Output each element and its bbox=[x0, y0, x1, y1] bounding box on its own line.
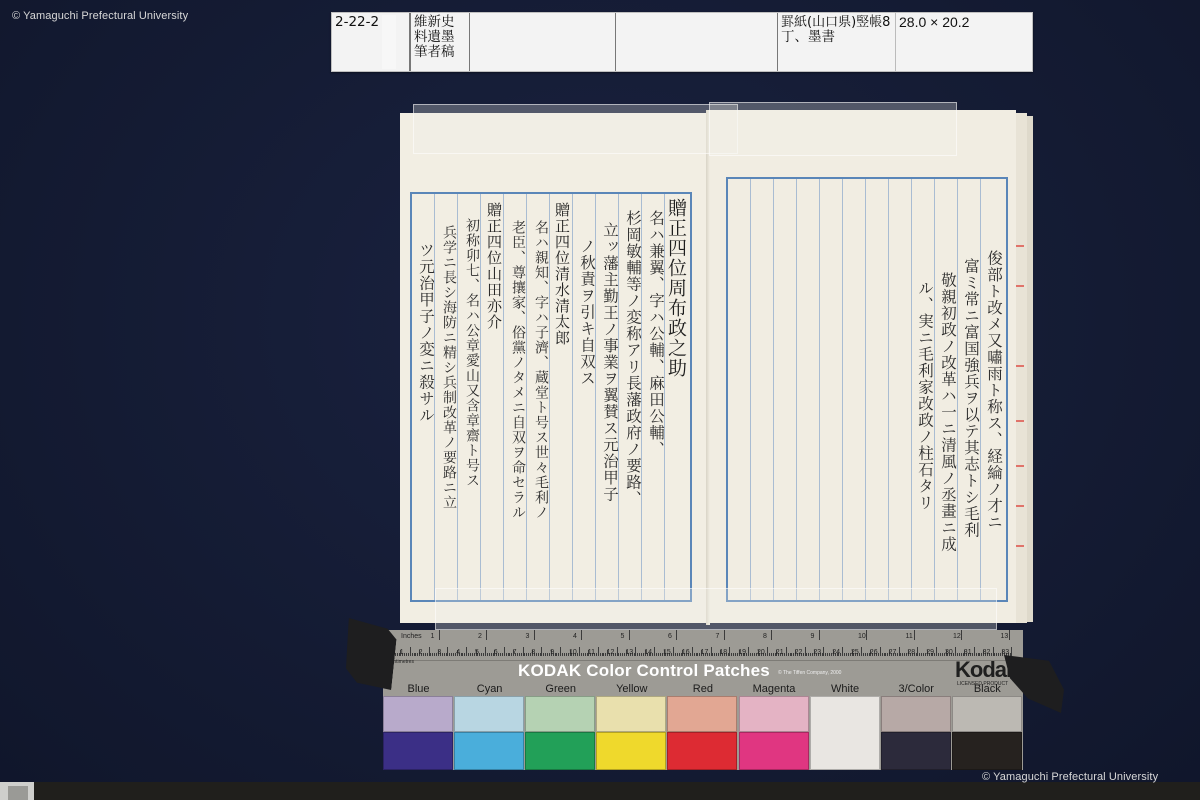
ruler-tick bbox=[848, 653, 849, 656]
ruler-tick bbox=[432, 653, 433, 656]
ruler-tick bbox=[603, 653, 604, 656]
catalog-label-strip: 2-22-2 維新史 料遺墨 筆者稿 罫紙(山口県)竪帳8 丁、墨書 28.0 … bbox=[331, 12, 1033, 72]
ruler-tick bbox=[880, 647, 881, 656]
ruler-tick bbox=[566, 653, 567, 656]
chart-copyright: © The Tiffen Company, 2000 bbox=[778, 670, 841, 676]
ruler-tick bbox=[784, 653, 785, 656]
ruler-tick bbox=[447, 647, 448, 656]
ruler-tick bbox=[434, 653, 435, 656]
ruler-tick bbox=[690, 653, 691, 656]
catalog-blank-field-1 bbox=[470, 13, 616, 71]
inch-tick bbox=[486, 630, 487, 640]
ruler-tick bbox=[545, 653, 546, 656]
catalog-title-line: 料遺墨 bbox=[414, 30, 466, 45]
cm-tick-label: 16 bbox=[682, 649, 690, 656]
ruler-tick bbox=[829, 653, 830, 656]
cm-tick-label: 17 bbox=[701, 649, 709, 656]
inches-label: Inches bbox=[401, 633, 422, 640]
ruler-tick bbox=[917, 647, 918, 656]
ruler-tick bbox=[639, 653, 640, 656]
color-patch-dark bbox=[454, 732, 524, 770]
catalog-description-line: 罫紙(山口県)竪帳8 bbox=[781, 15, 892, 30]
ruler-tick bbox=[899, 647, 900, 656]
inch-tick-label: 4 bbox=[573, 633, 577, 640]
ruler-tick bbox=[961, 653, 962, 656]
handwritten-column: 老臣、尊攘家、俗黨ノタメニ自双ヲ命セラル bbox=[507, 220, 529, 520]
cm-tick-label: 20 bbox=[757, 649, 765, 656]
ruler-tick bbox=[600, 653, 601, 656]
color-patch-dark bbox=[596, 732, 666, 770]
measurement-ruler: Inches Centimetres 123456789101112131415… bbox=[383, 630, 1023, 661]
handwritten-column: 兵学ニ長シ海防ニ精シ兵制改革ノ要路ニ立 bbox=[438, 225, 460, 510]
cm-tick-label: 25 bbox=[851, 649, 859, 656]
inch-tick bbox=[914, 630, 915, 640]
ruler-tick bbox=[865, 653, 866, 656]
inch-tick-label: 6 bbox=[668, 633, 672, 640]
ruler-tick bbox=[746, 653, 747, 656]
ruler-tick bbox=[884, 653, 885, 656]
ruler-tick bbox=[408, 653, 409, 656]
ruler-tick bbox=[451, 653, 452, 656]
ruler-tick bbox=[974, 647, 975, 656]
ruler-tick bbox=[840, 653, 841, 656]
ruler-tick bbox=[1011, 647, 1012, 656]
handwritten-column: 名ハ親知、字ハ子濟、蔵堂ト号ス世々毛利ノ bbox=[530, 220, 552, 520]
catalog-dimensions: 28.0 × 20.2 bbox=[896, 13, 1032, 71]
ruler-tick bbox=[538, 653, 539, 656]
color-patch-dark bbox=[952, 732, 1022, 770]
catalog-title-line: 筆者稿 bbox=[414, 45, 466, 60]
ruler-tick bbox=[660, 653, 661, 656]
ruler-tick bbox=[470, 653, 471, 656]
ruler-tick bbox=[598, 647, 599, 656]
ruler-tick bbox=[577, 653, 578, 656]
ruler-tick bbox=[491, 653, 492, 656]
cm-tick-label: 18 bbox=[719, 649, 727, 656]
handwritten-column: 杉岡敏輔等ノ変称アリ長藩政府ノ要路、 bbox=[622, 210, 644, 507]
inch-tick-label: 7 bbox=[716, 633, 720, 640]
ruler-tick bbox=[863, 653, 864, 656]
ruler-tick bbox=[803, 653, 804, 656]
cm-tick-label: 13 bbox=[625, 649, 633, 656]
ruler-tick bbox=[697, 653, 698, 656]
cm-tick-label: 9 bbox=[550, 649, 554, 656]
ruler-tick bbox=[993, 647, 994, 656]
patch-label: Cyan bbox=[454, 683, 525, 695]
patch-label: Green bbox=[525, 683, 596, 695]
catalog-title: 維新史 料遺墨 筆者稿 bbox=[410, 13, 470, 71]
ruler-tick bbox=[487, 653, 488, 656]
ruler-tick bbox=[564, 653, 565, 656]
inch-tick-label: 2 bbox=[478, 633, 482, 640]
patch-label: Yellow bbox=[596, 683, 667, 695]
copyright-watermark-top: © Yamaguchi Prefectural University bbox=[12, 10, 188, 22]
ruler-tick bbox=[562, 653, 563, 656]
ruler-tick bbox=[415, 653, 416, 656]
ruler-tick bbox=[615, 653, 616, 656]
color-patch-white bbox=[810, 696, 880, 770]
cm-tick-label: 26 bbox=[870, 649, 878, 656]
ruler-tick bbox=[806, 653, 807, 656]
ruler-tick bbox=[902, 653, 903, 656]
ruler-tick bbox=[696, 653, 697, 656]
color-patch-dark bbox=[739, 732, 809, 770]
inch-tick bbox=[771, 630, 772, 640]
ruler-tick bbox=[976, 653, 977, 656]
color-patch-dark bbox=[881, 732, 951, 770]
ruler-tick bbox=[543, 653, 544, 656]
ruler-tick bbox=[998, 653, 999, 656]
inch-tick bbox=[534, 630, 535, 640]
ruler-tick bbox=[679, 653, 680, 656]
cm-tick-label: 19 bbox=[738, 649, 746, 656]
ruler-tick bbox=[934, 653, 935, 656]
copyright-watermark-bottom: © Yamaguchi Prefectural University bbox=[982, 771, 1158, 783]
ruler-tick bbox=[919, 653, 920, 656]
ruler-tick bbox=[461, 653, 462, 656]
ruler-tick bbox=[489, 653, 490, 656]
cm-tick-label: 2 bbox=[419, 649, 423, 656]
handwritten-column: 贈正四位清水清太郎 bbox=[551, 202, 573, 346]
page-edge-red-marks bbox=[1016, 245, 1026, 595]
catalog-id: 2-22-2 bbox=[332, 13, 410, 71]
ruler-tick bbox=[923, 653, 924, 656]
inch-tick-label: 10 bbox=[858, 633, 866, 640]
cm-tick-label: 15 bbox=[663, 649, 671, 656]
ruler-tick bbox=[791, 653, 792, 656]
ruler-tick bbox=[885, 653, 886, 656]
color-patch-dark bbox=[525, 732, 595, 770]
bottom-dark-band bbox=[0, 782, 1200, 800]
ruler-tick bbox=[769, 653, 770, 656]
ruler-tick bbox=[810, 653, 811, 656]
ruler-tick bbox=[765, 653, 766, 656]
ruler-tick bbox=[955, 647, 956, 656]
ruler-tick bbox=[506, 653, 507, 656]
ruler-tick bbox=[767, 647, 768, 656]
ruler-tick bbox=[558, 653, 559, 656]
ruler-tick bbox=[714, 653, 715, 656]
acrylic-holder-top-right bbox=[709, 102, 957, 156]
ruler-tick bbox=[536, 653, 537, 656]
ruler-tick bbox=[936, 647, 937, 656]
ruler-tick bbox=[823, 647, 824, 656]
ruler-tick bbox=[773, 653, 774, 656]
inch-tick bbox=[819, 630, 820, 640]
cm-tick-label: 27 bbox=[889, 649, 897, 656]
ruler-tick bbox=[878, 653, 879, 656]
ruler-tick bbox=[425, 653, 426, 656]
ruler-tick bbox=[528, 653, 529, 656]
color-patch-light bbox=[667, 696, 737, 732]
ruler-tick bbox=[658, 653, 659, 656]
ruler-tick bbox=[953, 653, 954, 656]
ruler-tick bbox=[547, 653, 548, 656]
ruler-tick bbox=[728, 653, 729, 656]
cm-tick-label: 3 bbox=[437, 649, 441, 656]
ruler-tick bbox=[673, 647, 674, 656]
ruler-tick bbox=[596, 653, 597, 656]
catalog-description-line: 丁、墨書 bbox=[781, 30, 892, 45]
inch-tick-label: 3 bbox=[526, 633, 530, 640]
ruler-tick bbox=[464, 653, 465, 656]
ruler-tick bbox=[462, 653, 463, 656]
ruler-tick bbox=[410, 647, 411, 656]
ruler-tick bbox=[446, 653, 447, 656]
color-patch-dark bbox=[383, 732, 453, 770]
ruler-tick bbox=[560, 647, 561, 656]
kodak-color-chart: Inches Centimetres 123456789101112131415… bbox=[383, 630, 1023, 770]
ruler-tick bbox=[978, 653, 979, 656]
ruler-tick bbox=[656, 653, 657, 656]
patch-label: White bbox=[810, 683, 881, 695]
ruler-tick bbox=[900, 653, 901, 656]
ruler-tick bbox=[652, 653, 653, 656]
ruler-tick bbox=[654, 647, 655, 656]
handwritten-column: 敬親初政ノ改革ハ一ニ清風ノ丞畫ニ成 bbox=[937, 272, 959, 553]
ruler-tick bbox=[397, 653, 398, 656]
ruler-tick bbox=[808, 653, 809, 656]
inch-tick-label: 1 bbox=[431, 633, 435, 640]
handwritten-column: 立ッ藩主勤王ノ事業ヲ翼賛ス元治甲子 bbox=[599, 222, 621, 503]
cm-tick-label: 33 bbox=[1001, 649, 1009, 656]
inch-tick-label: 11 bbox=[906, 633, 913, 640]
ruler-tick bbox=[453, 653, 454, 656]
next-image-thumbnail bbox=[0, 782, 34, 800]
ruler-tick bbox=[1010, 653, 1011, 656]
color-patch-light bbox=[952, 696, 1022, 732]
color-patch-light bbox=[525, 696, 595, 732]
ruler-tick bbox=[972, 653, 973, 656]
handwritten-column: 富ミ常ニ富国強兵ヲ以テ其志トシ毛利 bbox=[960, 258, 982, 539]
patch-label: Magenta bbox=[739, 683, 810, 695]
chart-title: KODAK Color Control Patches bbox=[518, 661, 770, 681]
ruler-tick bbox=[709, 653, 710, 656]
ruler-tick bbox=[846, 653, 847, 656]
ruler-tick bbox=[692, 647, 693, 656]
ruler-tick bbox=[508, 653, 509, 656]
ruler-tick bbox=[635, 647, 636, 656]
cm-tick-label: 7 bbox=[513, 649, 517, 656]
cm-tick-label: 30 bbox=[945, 649, 953, 656]
ruler-tick bbox=[771, 653, 772, 656]
inch-tick bbox=[676, 630, 677, 640]
ruler-tick bbox=[618, 653, 619, 656]
ruler-tick bbox=[479, 653, 480, 656]
cm-tick-label: 14 bbox=[644, 649, 652, 656]
ruler-tick bbox=[583, 653, 584, 656]
ruler-tick bbox=[449, 653, 450, 656]
ruler-tick bbox=[585, 653, 586, 656]
color-patch-dark bbox=[667, 732, 737, 770]
ruler-tick bbox=[602, 653, 603, 656]
inch-tick bbox=[1009, 630, 1010, 640]
ruler-tick bbox=[844, 653, 845, 656]
cm-tick-label: 10 bbox=[569, 649, 577, 656]
ruler-tick bbox=[466, 647, 467, 656]
ruler-tick bbox=[523, 647, 524, 656]
ruler-tick bbox=[991, 653, 992, 656]
handwritten-column: ツ元治甲子ノ変ニ殺サル bbox=[415, 242, 437, 424]
ruler-tick bbox=[404, 653, 405, 656]
ruler-tick bbox=[481, 653, 482, 656]
ruler-tick bbox=[979, 653, 980, 656]
cm-tick-label: 6 bbox=[494, 649, 498, 656]
ruler-tick bbox=[938, 653, 939, 656]
ruler-tick bbox=[427, 653, 428, 656]
ruler-tick bbox=[942, 653, 943, 656]
cm-tick-label: 24 bbox=[832, 649, 840, 656]
ruler-tick bbox=[729, 647, 730, 656]
ruler-tick bbox=[677, 653, 678, 656]
ruler-tick bbox=[916, 653, 917, 656]
cm-tick-label: 12 bbox=[607, 649, 615, 656]
ruler-tick bbox=[540, 653, 541, 656]
ruler-tick bbox=[509, 653, 510, 656]
ruler-tick bbox=[556, 653, 557, 656]
color-patch-light bbox=[596, 696, 666, 732]
ruler-tick bbox=[468, 653, 469, 656]
ruler-tick bbox=[526, 653, 527, 656]
patch-label: 3/Color bbox=[881, 683, 952, 695]
ruler-tick bbox=[996, 653, 997, 656]
cm-tick-label: 11 bbox=[588, 649, 595, 656]
cm-tick-label: 8 bbox=[531, 649, 535, 656]
ruler-tick bbox=[790, 653, 791, 656]
ruler-tick bbox=[579, 647, 580, 656]
patch-label: Black bbox=[952, 683, 1023, 695]
ruler-tick bbox=[712, 653, 713, 656]
color-patch-light bbox=[739, 696, 809, 732]
ruler-tick bbox=[825, 653, 826, 656]
ruler-tick bbox=[521, 653, 522, 656]
ruler-tick bbox=[622, 653, 623, 656]
handwritten-column: 贈正四位山田亦介 bbox=[483, 202, 505, 330]
cm-tick-label: 1 bbox=[400, 649, 404, 656]
ruler-tick bbox=[897, 653, 898, 656]
ruler-tick bbox=[412, 653, 413, 656]
ruler-tick bbox=[524, 653, 525, 656]
ruler-tick bbox=[504, 647, 505, 656]
ruler-tick bbox=[754, 653, 755, 656]
cm-tick-label: 22 bbox=[795, 649, 803, 656]
ruler-tick bbox=[786, 647, 787, 656]
ruler-tick bbox=[822, 653, 823, 656]
color-patch-light bbox=[383, 696, 453, 732]
ruler-tick bbox=[752, 653, 753, 656]
ruler-tick bbox=[957, 653, 958, 656]
cm-tick-label: 28 bbox=[907, 649, 915, 656]
cm-tick-label: 21 bbox=[776, 649, 784, 656]
inch-tick bbox=[961, 630, 962, 640]
catalog-description: 罫紙(山口県)竪帳8 丁、墨書 bbox=[778, 13, 896, 71]
cm-tick-label: 32 bbox=[983, 649, 991, 656]
acrylic-holder-bottom bbox=[435, 588, 997, 630]
acrylic-holder-top-left bbox=[413, 104, 738, 154]
ruler-tick bbox=[716, 653, 717, 656]
patch-label: Red bbox=[667, 683, 738, 695]
inch-tick bbox=[439, 630, 440, 640]
ruler-tick bbox=[882, 653, 883, 656]
ruler-tick bbox=[641, 653, 642, 656]
inch-tick bbox=[724, 630, 725, 640]
ruler-tick bbox=[555, 653, 556, 656]
ruler-tick bbox=[675, 653, 676, 656]
ruler-tick bbox=[671, 653, 672, 656]
cm-tick-label: 31 bbox=[964, 649, 972, 656]
ruler-tick bbox=[430, 653, 431, 656]
handwritten-column: 俊部ト改メ又嘯雨ト称ス、経綸ノ才ニ bbox=[983, 250, 1005, 531]
ruler-tick bbox=[788, 653, 789, 656]
catalog-title-line: 維新史 bbox=[414, 15, 466, 30]
handwritten-column: 贈正四位周布政之助 bbox=[665, 198, 687, 378]
ruler-tick bbox=[637, 653, 638, 656]
handwritten-column: 名ハ兼翼、字ハ公輔、麻田公輔、 bbox=[645, 210, 667, 458]
handwritten-column: 初称卯七、名ハ公章愛山又含章齋ト号ス bbox=[461, 218, 483, 488]
cm-tick-label: 4 bbox=[456, 649, 460, 656]
ruler-tick bbox=[485, 647, 486, 656]
patch-label: Blue bbox=[383, 683, 454, 695]
color-patch-light bbox=[454, 696, 524, 732]
cm-tick-label: 5 bbox=[475, 649, 479, 656]
ruler-tick bbox=[859, 653, 860, 656]
inch-tick bbox=[629, 630, 630, 640]
inch-tick bbox=[581, 630, 582, 640]
ruler-tick bbox=[502, 653, 503, 656]
ruler-tick bbox=[406, 653, 407, 656]
inch-tick-label: 5 bbox=[621, 633, 625, 640]
ruler-tick bbox=[500, 653, 501, 656]
ruler-tick bbox=[827, 653, 828, 656]
ruler-tick bbox=[994, 653, 995, 656]
ruler-tick bbox=[423, 653, 424, 656]
ruler-tick bbox=[472, 653, 473, 656]
ruler-tick bbox=[940, 653, 941, 656]
ruler-tick bbox=[498, 653, 499, 656]
ruler-tick bbox=[517, 653, 518, 656]
ruler-tick bbox=[620, 653, 621, 656]
cm-tick-label: 29 bbox=[926, 649, 934, 656]
ruler-tick bbox=[733, 653, 734, 656]
ruler-tick bbox=[921, 653, 922, 656]
ruler-tick bbox=[861, 647, 862, 656]
ruler-tick bbox=[750, 653, 751, 656]
ruler-tick bbox=[634, 653, 635, 656]
color-patch-light bbox=[881, 696, 951, 732]
ruler-tick bbox=[867, 653, 868, 656]
ruler-tick bbox=[694, 653, 695, 656]
ruler-tick bbox=[731, 653, 732, 656]
inch-tick bbox=[866, 630, 867, 640]
inch-tick-label: 12 bbox=[953, 633, 961, 640]
ruler-tick bbox=[617, 647, 618, 656]
ruler-tick bbox=[805, 647, 806, 656]
handwritten-column: ノ秋責ヲ引キ自双ス bbox=[576, 238, 598, 387]
ruler-tick bbox=[581, 653, 582, 656]
ruler-tick bbox=[442, 653, 443, 656]
ruler-tick bbox=[541, 647, 542, 656]
catalog-blank-field-2 bbox=[616, 13, 778, 71]
ruler-tick bbox=[904, 653, 905, 656]
ruler-tick bbox=[735, 653, 736, 656]
ruler-tick bbox=[748, 647, 749, 656]
ruler-tick bbox=[414, 653, 415, 656]
ruler-tick bbox=[842, 647, 843, 656]
ruler-tick bbox=[959, 653, 960, 656]
ruler-tick bbox=[483, 653, 484, 656]
ruler-tick bbox=[711, 647, 712, 656]
ruler-tick bbox=[429, 647, 430, 656]
